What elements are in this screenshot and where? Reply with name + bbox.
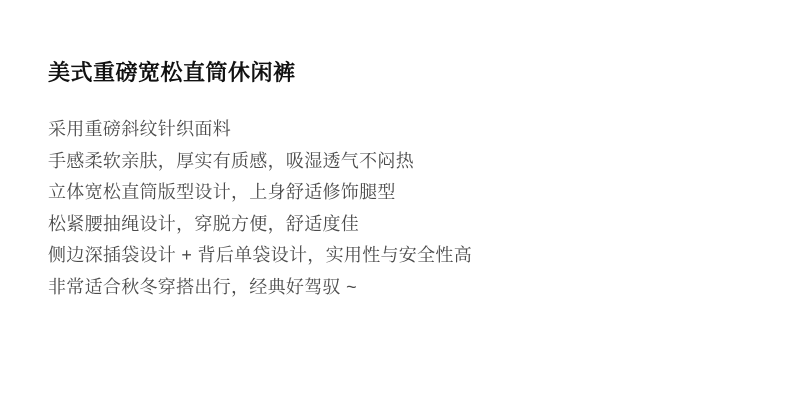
description-line: 非常适合秋冬穿搭出行，经典好驾驭 ~ [48,272,742,304]
description-line: 松紧腰抽绳设计，穿脱方便，舒适度佳 [48,209,742,241]
product-description: 采用重磅斜纹针织面料 手感柔软亲肤，厚实有质感，吸湿透气不闷热 立体宽松直筒版型… [48,114,742,303]
description-line: 采用重磅斜纹针织面料 [48,114,742,146]
description-line: 侧边深插袋设计 + 背后单袋设计，实用性与安全性高 [48,240,742,272]
description-line: 立体宽松直筒版型设计，上身舒适修饰腿型 [48,177,742,209]
product-title: 美式重磅宽松直筒休闲裤 [48,58,742,88]
product-description-section: 美式重磅宽松直筒休闲裤 采用重磅斜纹针织面料 手感柔软亲肤，厚实有质感，吸湿透气… [0,0,790,303]
description-line: 手感柔软亲肤，厚实有质感，吸湿透气不闷热 [48,146,742,178]
